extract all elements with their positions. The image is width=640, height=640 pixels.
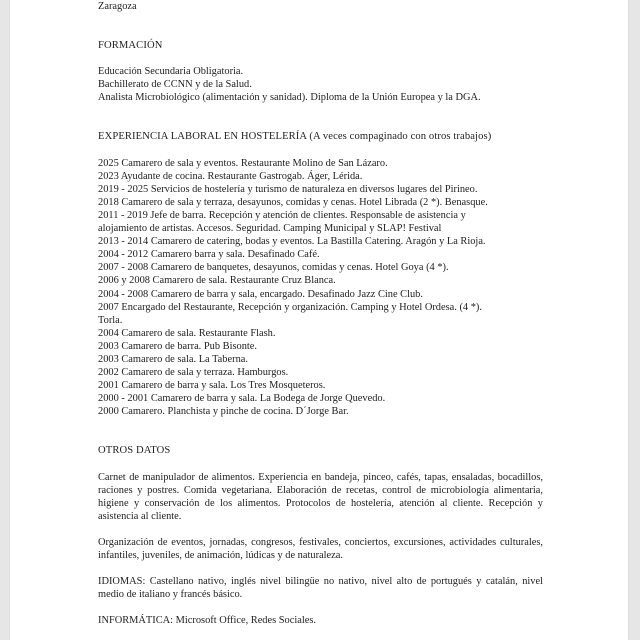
experiencia-item: 2001 Camarero de barra y sala. Los Tres … <box>98 379 543 392</box>
formacion-item: Educación Secundaria Obligatoria. <box>98 65 543 78</box>
otros-paragraph-informatica: INFORMÁTICA: Microsoft Office, Redes Soc… <box>98 614 543 627</box>
experiencia-item: 2019 - 2025 Servicios de hostelería y tu… <box>98 183 543 196</box>
experiencia-item: 2004 Camarero de sala. Restaurante Flash… <box>98 327 543 340</box>
formacion-list: Educación Secundaria Obligatoria. Bachil… <box>98 65 543 104</box>
experiencia-item: 2025 Camarero de sala y eventos. Restaur… <box>98 157 543 170</box>
experiencia-item: 2006 y 2008 Camarero de sala. Restaurant… <box>98 274 543 287</box>
experiencia-item: Torla. <box>98 314 543 327</box>
experiencia-item: 2011 - 2019 Jefe de barra. Recepción y a… <box>98 209 543 222</box>
experiencia-item: 2013 - 2014 Camarero de catering, bodas … <box>98 235 543 248</box>
section-title-experiencia: EXPERIENCIA LABORAL EN HOSTELERÍA (A vec… <box>98 130 543 143</box>
otros-paragraph-events: Organización de eventos, jornadas, congr… <box>98 536 543 562</box>
formacion-item: Analista Microbiológico (alimentación y … <box>98 91 543 104</box>
experiencia-item: 2007 - 2008 Camarero de banquetes, desay… <box>98 261 543 274</box>
experiencia-item: 2018 Camarero de sala y terraza, desayun… <box>98 196 543 209</box>
experiencia-item: 2004 - 2008 Camarero de barra y sala, en… <box>98 288 543 301</box>
experiencia-item: 2023 Ayudante de cocina. Restaurante Gas… <box>98 170 543 183</box>
location-text: Zaragoza <box>98 0 543 13</box>
section-title-otros-datos: OTROS DATOS <box>98 444 543 457</box>
cv-content: Zaragoza FORMACIÓN Educación Secundaria … <box>98 0 543 627</box>
experiencia-item: 2000 - 2001 Camarero de barra y sala. La… <box>98 392 543 405</box>
experiencia-item: 2000 Camarero. Planchista y pinche de co… <box>98 405 543 418</box>
experiencia-item: 2002 Camarero de sala y terraza. Hamburg… <box>98 366 543 379</box>
experiencia-item: 2003 Camarero de sala. La Taberna. <box>98 353 543 366</box>
experiencia-item: alojamiento de artistas. Accesos. Seguri… <box>98 222 543 235</box>
section-title-formacion: FORMACIÓN <box>98 39 543 52</box>
formacion-item: Bachillerato de CCNN y de la Salud. <box>98 78 543 91</box>
experiencia-item: 2007 Encargado del Restaurante, Recepció… <box>98 301 543 314</box>
experiencia-list: 2025 Camarero de sala y eventos. Restaur… <box>98 157 543 419</box>
otros-paragraph-idiomas: IDIOMAS: Castellano nativo, inglés nivel… <box>98 575 543 601</box>
document-page: Zaragoza FORMACIÓN Educación Secundaria … <box>10 0 628 640</box>
experiencia-item: 2004 - 2012 Camarero barra y sala. Desaf… <box>98 248 543 261</box>
otros-paragraph-skills: Carnet de manipulador de alimentos. Expe… <box>98 471 543 523</box>
experiencia-item: 2003 Camarero de barra. Pub Bisonte. <box>98 340 543 353</box>
